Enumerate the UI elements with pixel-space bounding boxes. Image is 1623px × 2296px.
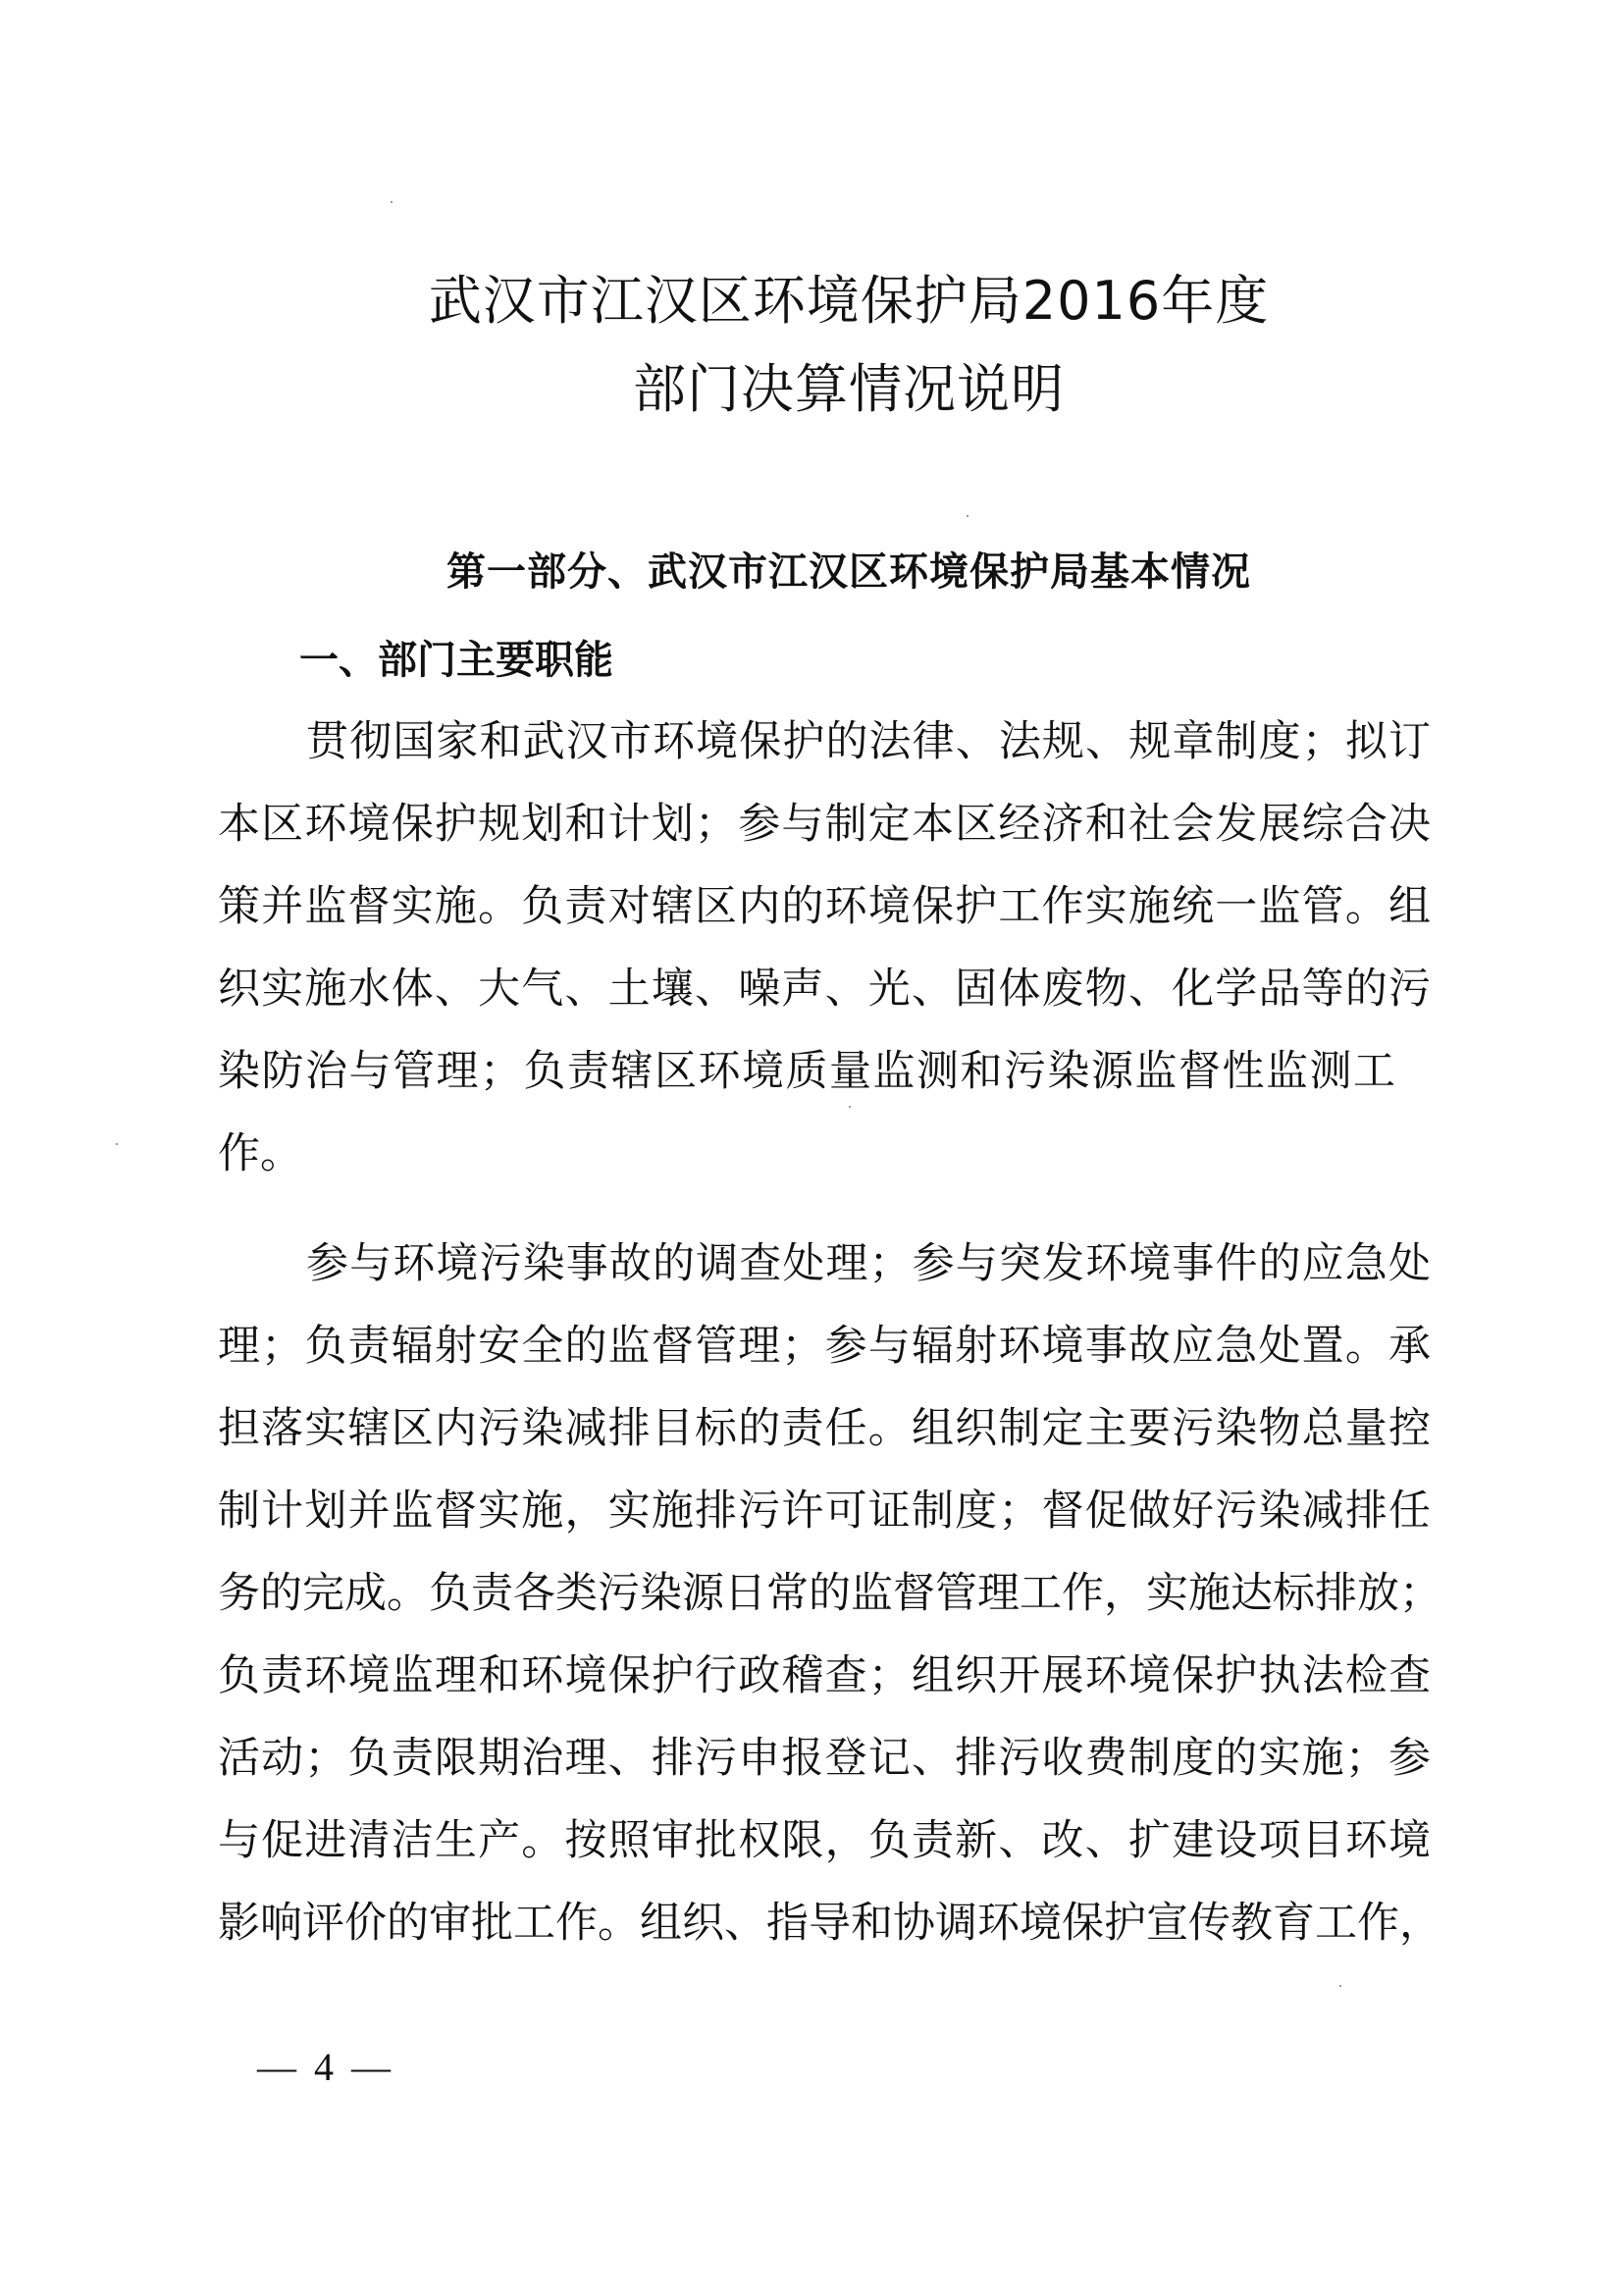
scan-speck: [849, 1106, 851, 1108]
document-title-line-1: 武汉市江汉区环境保护局2016年度: [37, 267, 1623, 336]
paragraph-line: 务的完成。负责各类污染源日常的监督管理工作，实施达标排放；: [218, 1566, 1431, 1621]
paragraph-line: 织实施水体、大气、土壤、噪声、光、固体废物、化学品等的污: [218, 962, 1431, 1017]
scan-speck: [967, 515, 969, 517]
paragraph-line: 影响评价的审批工作。组织、指导和协调环境保护宣传教育工作，: [218, 1896, 1431, 1951]
page-number: — 4 —: [257, 2043, 394, 2092]
paragraph-line: 策并监督实施。负责对辖区内的环境保护工作实施统一监管。组: [218, 879, 1431, 934]
paragraph-line: 与促进清洁生产。按照审批权限，负责新、改、扩建设项目环境: [218, 1813, 1431, 1868]
paragraph-line: 贯彻国家和武汉市环境保护的法律、法规、规章制度；拟订: [306, 714, 1431, 769]
section-heading: 第一部分、武汉市江汉区环境保护局基本情况: [37, 546, 1623, 599]
paragraph-line: 理；负责辐射安全的监督管理；参与辐射环境事故应急处置。承: [218, 1319, 1431, 1374]
paragraph-line: 参与环境污染事故的调查处理；参与突发环境事件的应急处: [306, 1236, 1431, 1291]
document-page: 武汉市江汉区环境保护局2016年度 部门决算情况说明 第一部分、武汉市江汉区环境…: [0, 0, 1623, 2296]
scan-speck: [391, 201, 393, 203]
paragraph-line: 活动；负责限期治理、排污申报登记、排污收费制度的实施；参: [218, 1731, 1431, 1786]
scan-speck: [116, 1143, 118, 1145]
document-title-line-2: 部门决算情况说明: [37, 355, 1623, 424]
sub-heading: 一、部门主要职能: [299, 634, 613, 687]
paragraph-line: 染防治与管理；负责辖区环境质量监测和污染源监督性监测工: [218, 1044, 1395, 1099]
paragraph-line: 制计划并监督实施，实施排污许可证制度；督促做好污染减排任: [218, 1484, 1431, 1539]
paragraph-line: 本区环境保护规划和计划；参与制定本区经济和社会发展综合决: [218, 797, 1431, 852]
paragraph-line: 担落实辖区内污染减排目标的责任。组织制定主要污染物总量控: [218, 1401, 1431, 1456]
paragraph-line: 作。: [218, 1126, 1431, 1181]
paragraph-line: 负责环境监理和环境保护行政稽查；组织开展环境保护执法检查: [218, 1648, 1431, 1703]
scan-speck: [1339, 1985, 1341, 1987]
